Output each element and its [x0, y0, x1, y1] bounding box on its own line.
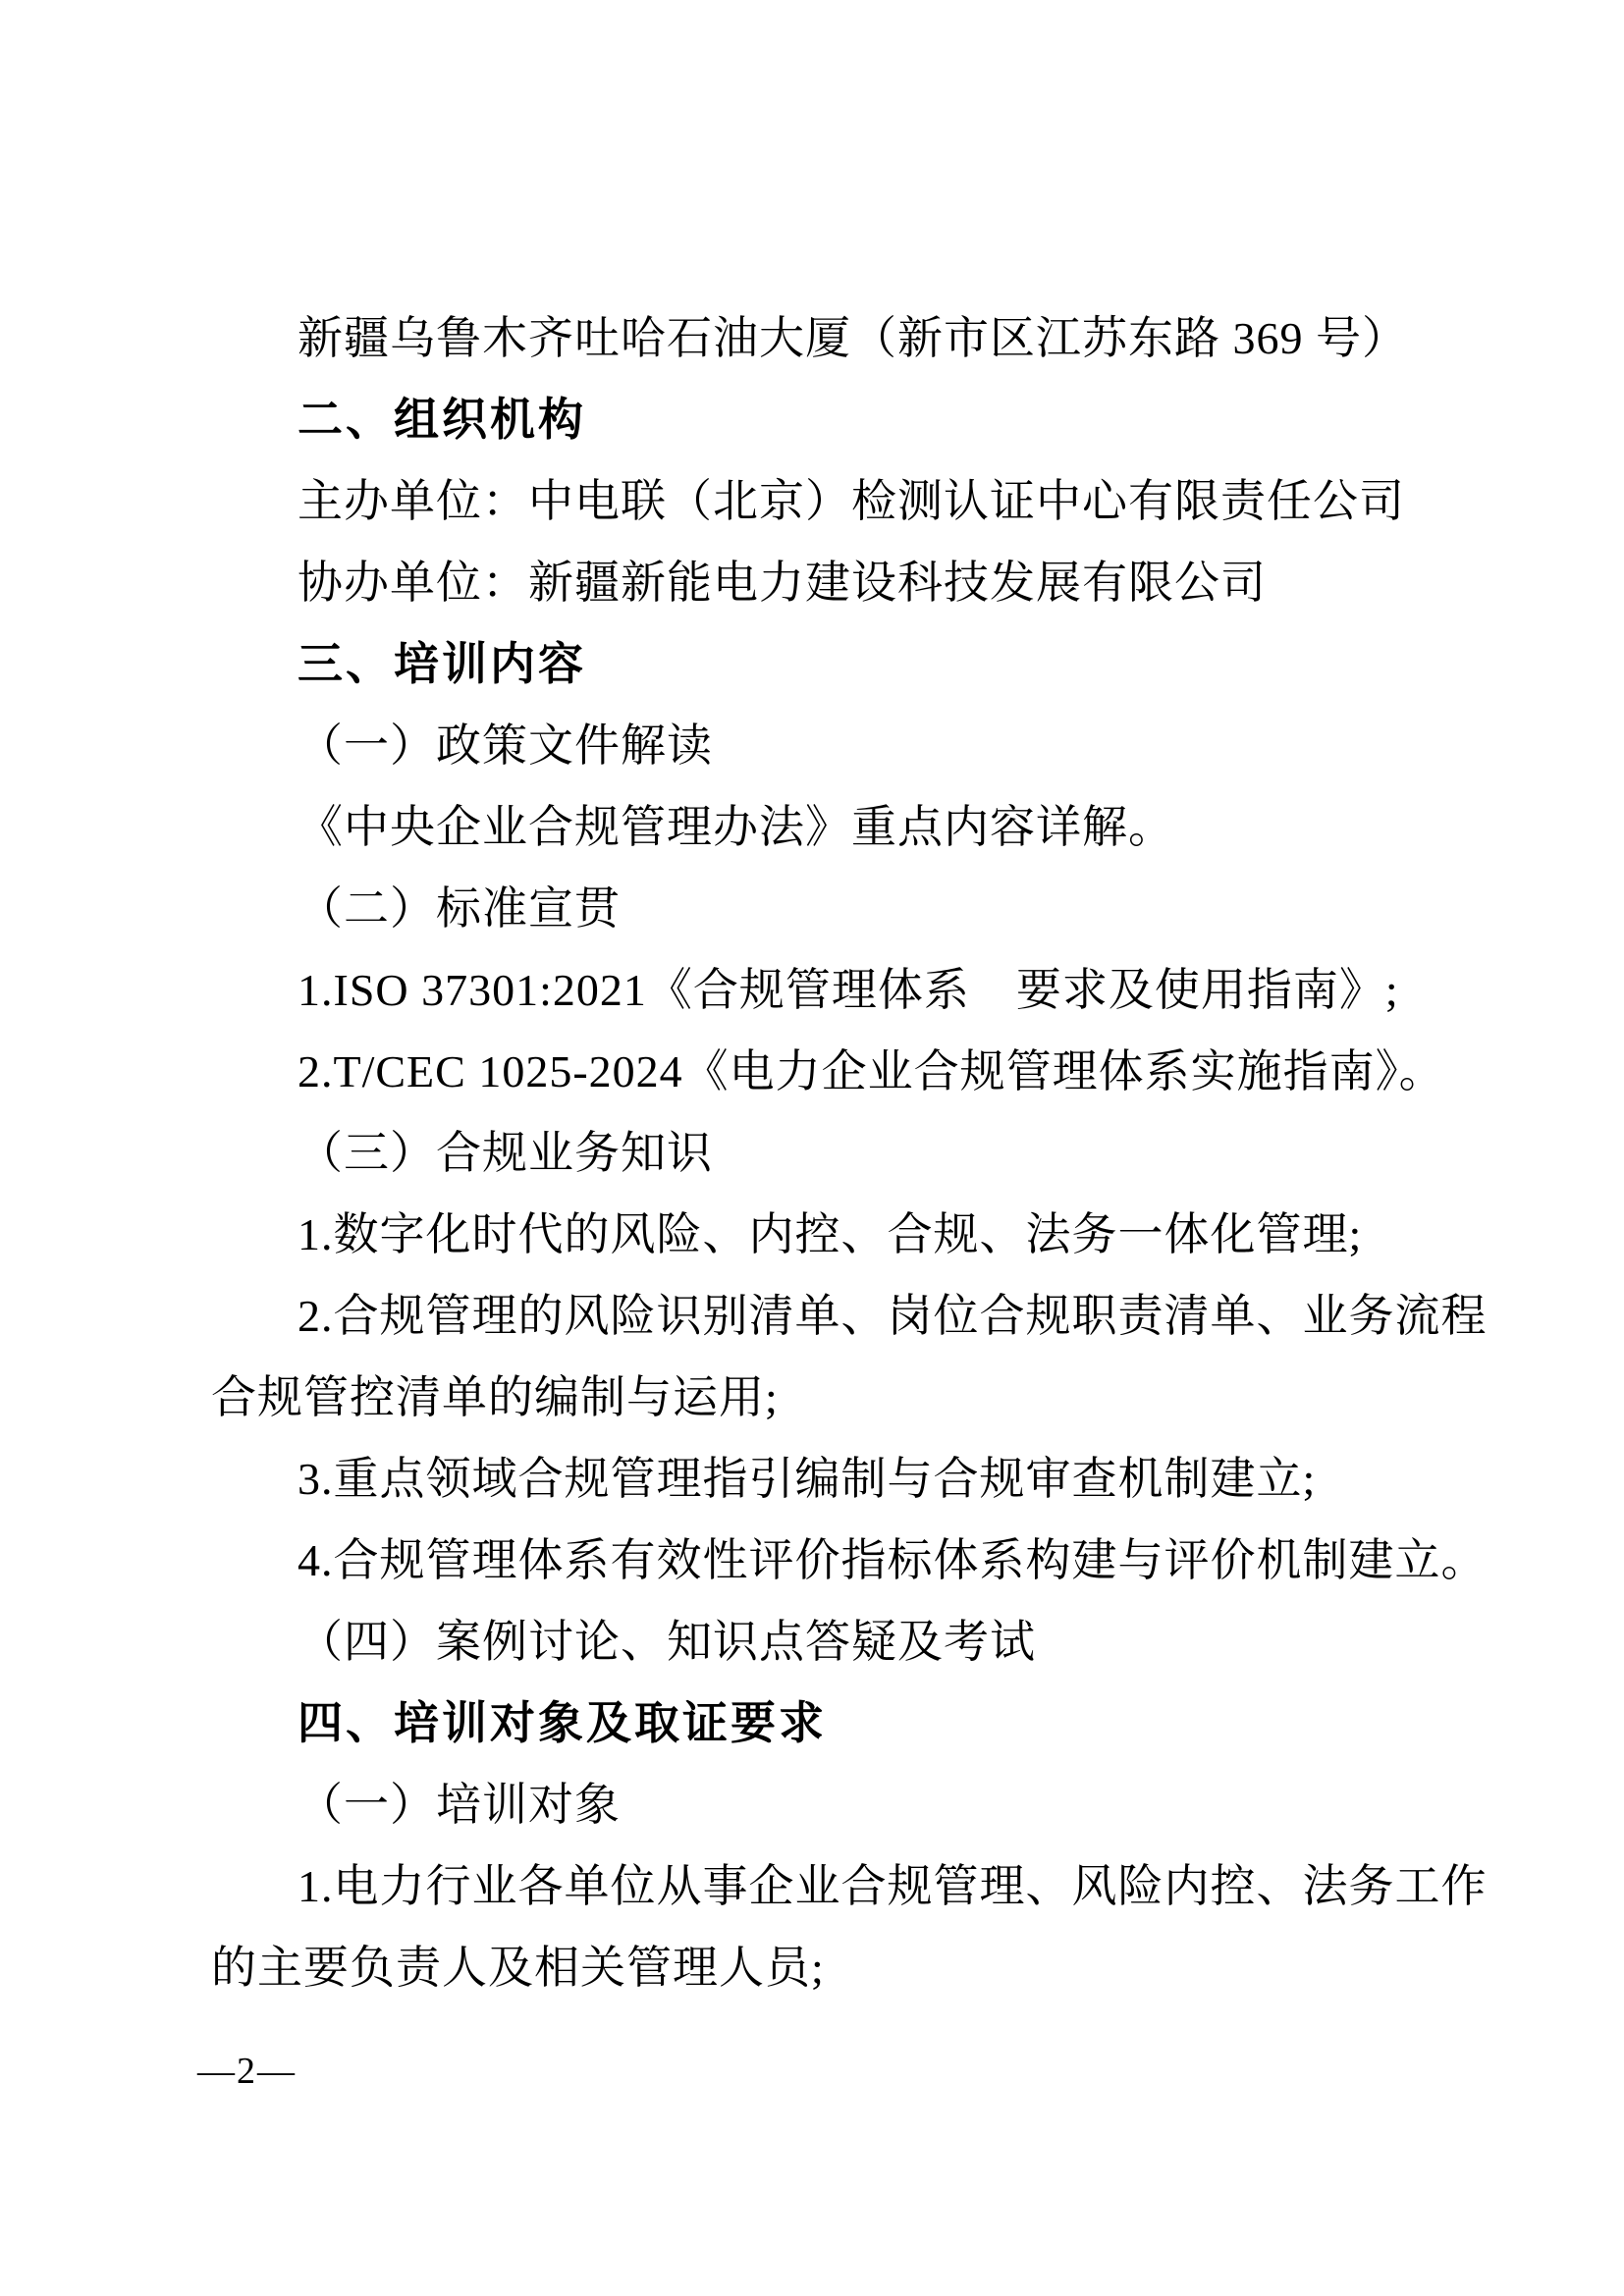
host-organizer-line: 主办单位：中电联（北京）检测认证中心有限责任公司 [211, 460, 1434, 542]
trainee-item-1: 1.电力行业各单位从事企业合规管理、风险内控、法务工作 [211, 1845, 1434, 1927]
trainee-item-1-continued: 的主要负责人及相关管理人员; [211, 1927, 1434, 2008]
knowledge-item-4: 4.合规管理体系有效性评价指标体系构建与评价机制建立。 [211, 1520, 1434, 1601]
standard-iso-37301-line: 1.ISO 37301:2021《合规管理体系 要求及使用指南》; [211, 949, 1434, 1031]
knowledge-item-1: 1.数字化时代的风险、内控、合规、法务一体化管理; [211, 1194, 1434, 1275]
section-heading-4-trainees: 四、培训对象及取证要求 [211, 1682, 1434, 1764]
page-number: —2— [197, 2052, 297, 2091]
subsection-3-compliance-knowledge: （三）合规业务知识 [211, 1112, 1434, 1194]
document-page: 新疆乌鲁木齐吐哈石油大厦（新市区江苏东路 369 号） 二、组织机构 主办单位：… [0, 0, 1624, 2296]
subsection-2-standards: （二）标准宣贯 [211, 868, 1434, 949]
knowledge-item-2-continued: 合规管控清单的编制与运用; [211, 1357, 1434, 1438]
section-heading-3-training-content: 三、培训内容 [211, 623, 1434, 705]
document-body: 新疆乌鲁木齐吐哈石油大厦（新市区江苏东路 369 号） 二、组织机构 主办单位：… [211, 297, 1434, 2008]
knowledge-item-2: 2.合规管理的风险识别清单、岗位合规职责清单、业务流程 [211, 1275, 1434, 1357]
venue-address-line: 新疆乌鲁木齐吐哈石油大厦（新市区江苏东路 369 号） [211, 297, 1434, 379]
subsection-1-policy-interpretation: （一）政策文件解读 [211, 705, 1434, 786]
co-organizer-line: 协办单位：新疆新能电力建设科技发展有限公司 [211, 542, 1434, 623]
standard-tcec-1025-line: 2.T/CEC 1025-2024《电力企业合规管理体系实施指南》。 [211, 1031, 1434, 1112]
knowledge-item-3: 3.重点领域合规管理指引编制与合规审查机制建立; [211, 1438, 1434, 1520]
section-heading-2-organization: 二、组织机构 [211, 379, 1434, 460]
policy-document-detail-line: 《中央企业合规管理办法》重点内容详解。 [211, 786, 1434, 868]
subsection-1-trainees: （一）培训对象 [211, 1764, 1434, 1845]
subsection-4-case-discussion: （四）案例讨论、知识点答疑及考试 [211, 1601, 1434, 1682]
